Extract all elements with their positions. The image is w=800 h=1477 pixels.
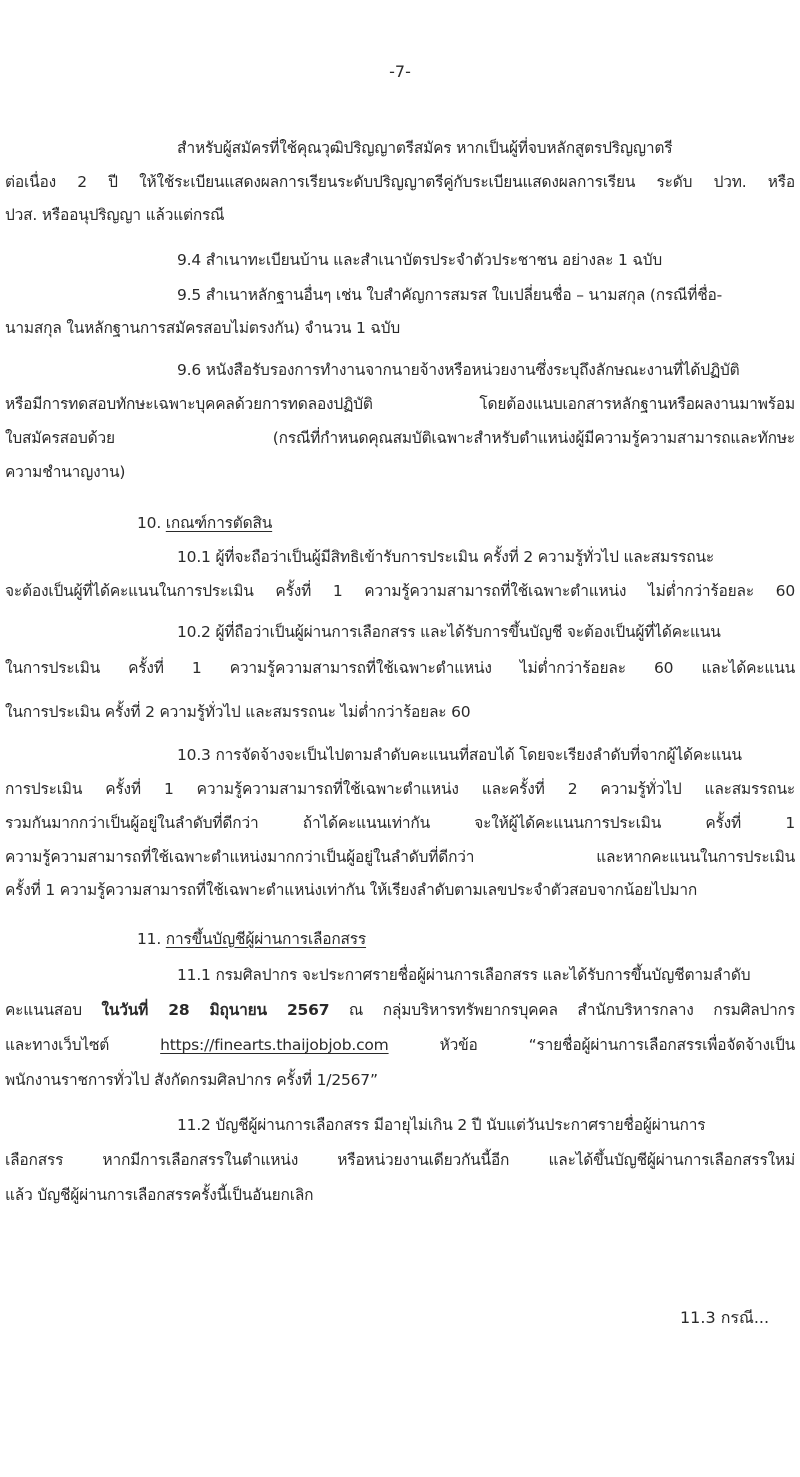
intro-line-2: ต่อเนื่อง 2 ปี ให้ใช้ระเบียนแสดงผลการเรี… <box>5 171 795 193</box>
item-10-2-line-1: 10.2 ผู้ที่ถือว่าเป็นผู้ผ่านการเลือกสรร … <box>177 621 800 643</box>
item-11-2-line-1: 11.2 บัญชีผู้ผ่านการเลือกสรร มีอายุไม่เก… <box>177 1114 800 1136</box>
website-link[interactable]: https://finearts.thaijobjob.com <box>160 1036 388 1054</box>
page-number: -7- <box>0 62 800 81</box>
item-9-6-line-1: 9.6 หนังสือรับรองการทำงานจากนายจ้างหรือห… <box>177 359 800 381</box>
text-segment: ณ กลุ่มบริหารทรัพยากรบุคคล สำนักบริหารกล… <box>329 1001 795 1019</box>
section-10-heading: 10. เกณฑ์การตัดสิน <box>137 512 800 534</box>
continuation-marker: 11.3 กรณี... <box>680 1306 769 1331</box>
item-9-6-line-2: หรือมีการทดสอบทักษะเฉพาะบุคคลด้วยการทดลอ… <box>5 393 795 415</box>
item-11-2-line-2: เลือกสรร หากมีการเลือกสรรในตำแหน่ง หรือห… <box>5 1149 795 1171</box>
item-9-6-line-3: ใบสมัครสอบด้วย (กรณีที่กำหนดคุณสมบัติเฉพ… <box>5 427 795 449</box>
text-segment: คะแนนสอบ <box>5 1001 102 1019</box>
item-10-3-line-1: 10.3 การจัดจ้างจะเป็นไปตามลำดับคะแนนที่ส… <box>177 744 800 766</box>
item-10-3-line-5: ครั้งที่ 1 ความรู้ความสามารถที่ใช้เฉพาะต… <box>5 879 795 901</box>
item-9-4: 9.4 สำเนาทะเบียนบ้าน และสำเนาบัตรประจำตั… <box>177 249 800 271</box>
section-11-number: 11. <box>137 930 161 948</box>
item-9-6-line-4: ความชำนาญงาน) <box>5 461 795 483</box>
item-10-3-line-4: ความรู้ความสามารถที่ใช้เฉพาะตำแหน่งมากกว… <box>5 846 795 868</box>
item-10-1-line-1: 10.1 ผู้ที่จะถือว่าเป็นผู้มีสิทธิเข้ารับ… <box>177 546 800 568</box>
item-11-1-line-2: คะแนนสอบ ในวันที่ 28 มิถุนายน 2567 ณ กลุ… <box>5 999 795 1021</box>
item-11-1-line-4: พนักงานราชการทั่วไป สังกัดกรมศิลปากร ครั… <box>5 1069 795 1091</box>
item-10-3-line-2: การประเมิน ครั้งที่ 1 ความรู้ความสามารถท… <box>5 778 795 800</box>
item-9-5-line-2: นามสกุล ในหลักฐานการสมัครสอบไม่ตรงกัน) จ… <box>5 317 795 339</box>
section-11-title: การขึ้นบัญชีผู้ผ่านการเลือกสรร <box>166 930 366 948</box>
document-page: -7- สำหรับผู้สมัครที่ใช้คุณวุฒิปริญญาตรี… <box>0 0 800 1477</box>
item-10-1-line-2: จะต้องเป็นผู้ที่ได้คะแนนในการประเมิน ครั… <box>5 580 795 602</box>
item-9-5-line-1: 9.5 สำเนาหลักฐานอื่นๆ เช่น ใบสำคัญการสมร… <box>177 284 800 306</box>
item-10-2-line-3: ในการประเมิน ครั้งที่ 2 ความรู้ทั่วไป แล… <box>5 701 795 723</box>
item-11-2-line-3: แล้ว บัญชีผู้ผ่านการเลือกสรรครั้งนี้เป็น… <box>5 1184 795 1206</box>
text-segment: หัวข้อ “รายชื่อผู้ผ่านการเลือกสรรเพื่อจั… <box>389 1036 795 1054</box>
item-11-1-line-3: และทางเว็บไซต์ https://finearts.thaijobj… <box>5 1034 795 1056</box>
item-10-3-line-3: รวมกันมากกว่าเป็นผู้อยู่ในลำดับที่ดีกว่า… <box>5 812 795 834</box>
text-segment: และทางเว็บไซต์ <box>5 1036 160 1054</box>
intro-line-3: ปวส. หรืออนุปริญญา แล้วแต่กรณี <box>5 204 795 226</box>
intro-line-1: สำหรับผู้สมัครที่ใช้คุณวุฒิปริญญาตรีสมัค… <box>177 137 800 159</box>
section-11-heading: 11. การขึ้นบัญชีผู้ผ่านการเลือกสรร <box>137 928 800 950</box>
item-11-1-line-1: 11.1 กรมศิลปากร จะประกาศรายชื่อผู้ผ่านกา… <box>177 964 800 986</box>
item-10-2-line-2: ในการประเมิน ครั้งที่ 1 ความรู้ความสามาร… <box>5 657 795 679</box>
announcement-date: ในวันที่ 28 มิถุนายน 2567 <box>102 1001 330 1019</box>
section-10-title: เกณฑ์การตัดสิน <box>166 514 272 532</box>
section-10-number: 10. <box>137 514 161 532</box>
